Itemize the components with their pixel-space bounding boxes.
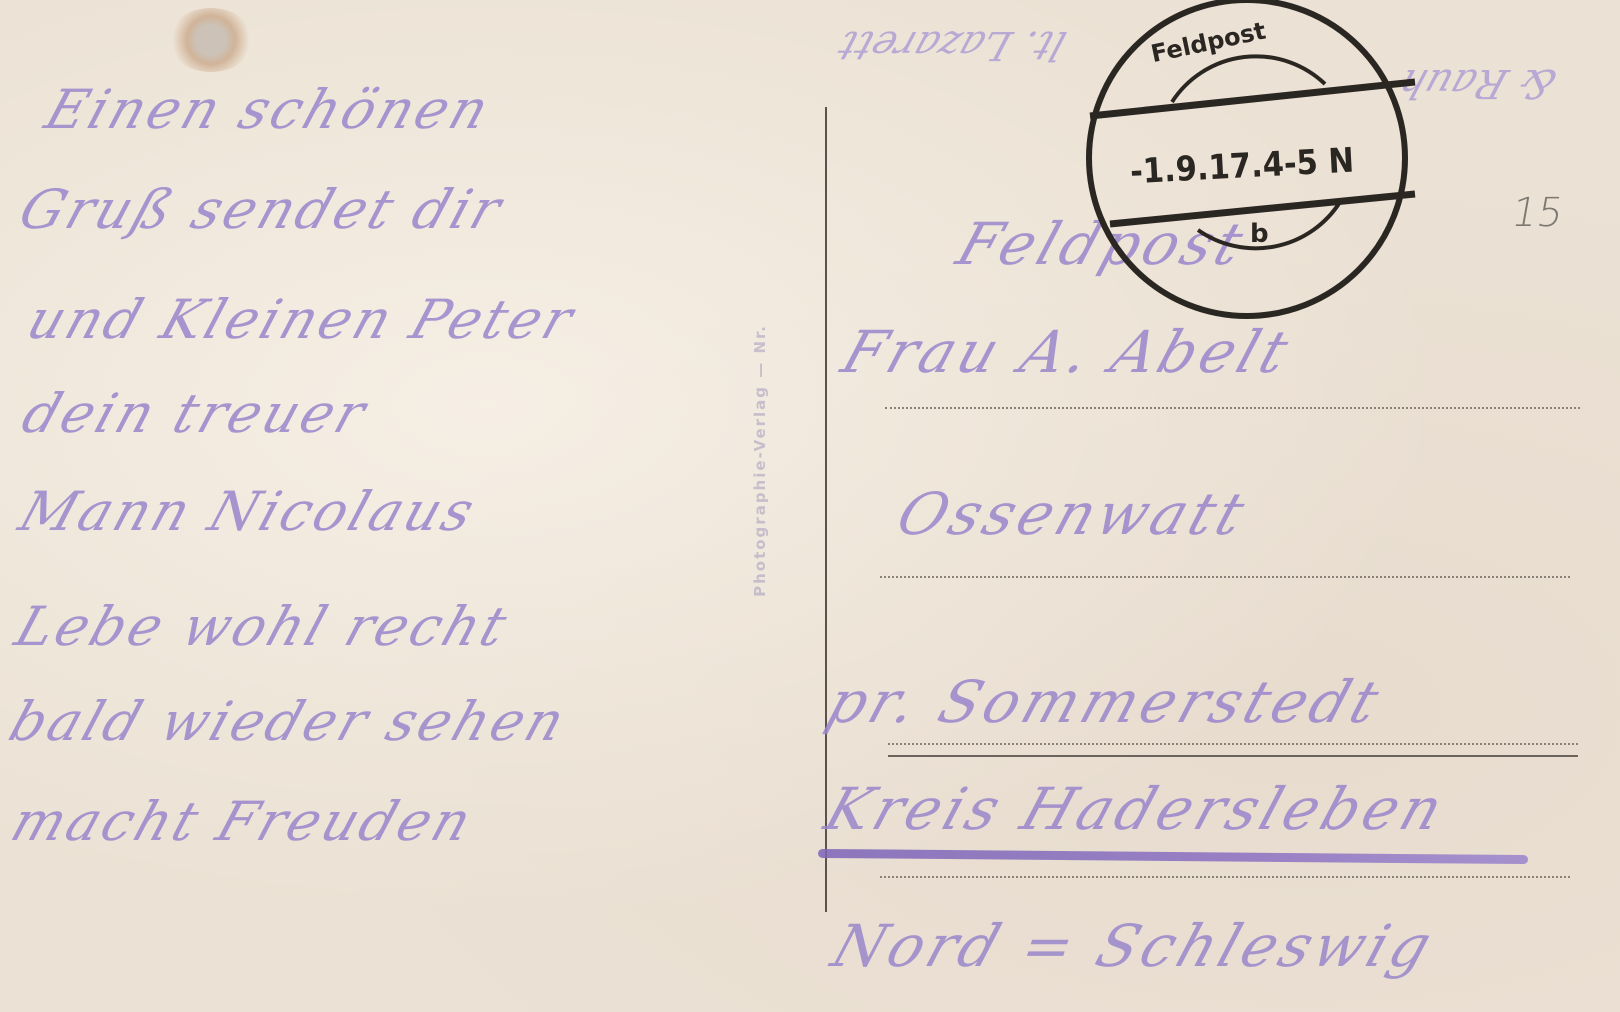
publisher-imprint: Photographie-Verlag — Nr. <box>740 190 780 730</box>
age-stain <box>168 8 254 72</box>
address-recipient: Frau A. Abelt <box>834 318 1300 386</box>
address-line-3-underline <box>888 755 1578 757</box>
postmark-letter: b <box>1250 219 1269 249</box>
message-line-4: dein treuer <box>15 382 376 445</box>
message-line-2: Gruß sendet dir <box>12 178 512 241</box>
address-line-4 <box>880 876 1570 878</box>
message-line-6: Lebe wohl recht <box>8 595 517 658</box>
postmark-date: -1.9.17.4-5 N <box>1129 141 1355 193</box>
message-line-7: bald wieder sehen <box>2 690 575 753</box>
center-divider <box>825 107 827 912</box>
pencil-note: 15 <box>1508 190 1567 236</box>
address-line5-text: Nord = Schleswig <box>824 912 1444 980</box>
upside-down-line-1: lt. Lazarett <box>833 22 1073 68</box>
publisher-imprint-text: Photographie-Verlag — Nr. <box>751 324 769 597</box>
feldpost-postmark: Feldpost -1.9.17.4-5 N b <box>1080 0 1420 322</box>
address-line-2 <box>880 576 1570 578</box>
postcard-back: Einen schönen Gruß sendet dir und Kleine… <box>0 0 1620 1012</box>
message-line-1: Einen schönen <box>38 78 500 141</box>
message-line-8: macht Freuden <box>4 790 482 853</box>
address-line2-text: Ossenwatt <box>889 480 1257 548</box>
address-line-1 <box>885 407 1580 409</box>
address-line4-text: Kreis Hadersleben <box>817 775 1455 843</box>
message-line-3: und Kleinen Peter <box>20 288 584 351</box>
address-line3-text: pr. Sommerstedt <box>819 668 1391 736</box>
address-line-3-dotted <box>888 743 1578 745</box>
address-heavy-underline <box>818 849 1528 864</box>
message-line-5: Mann Nicolaus <box>12 480 485 543</box>
